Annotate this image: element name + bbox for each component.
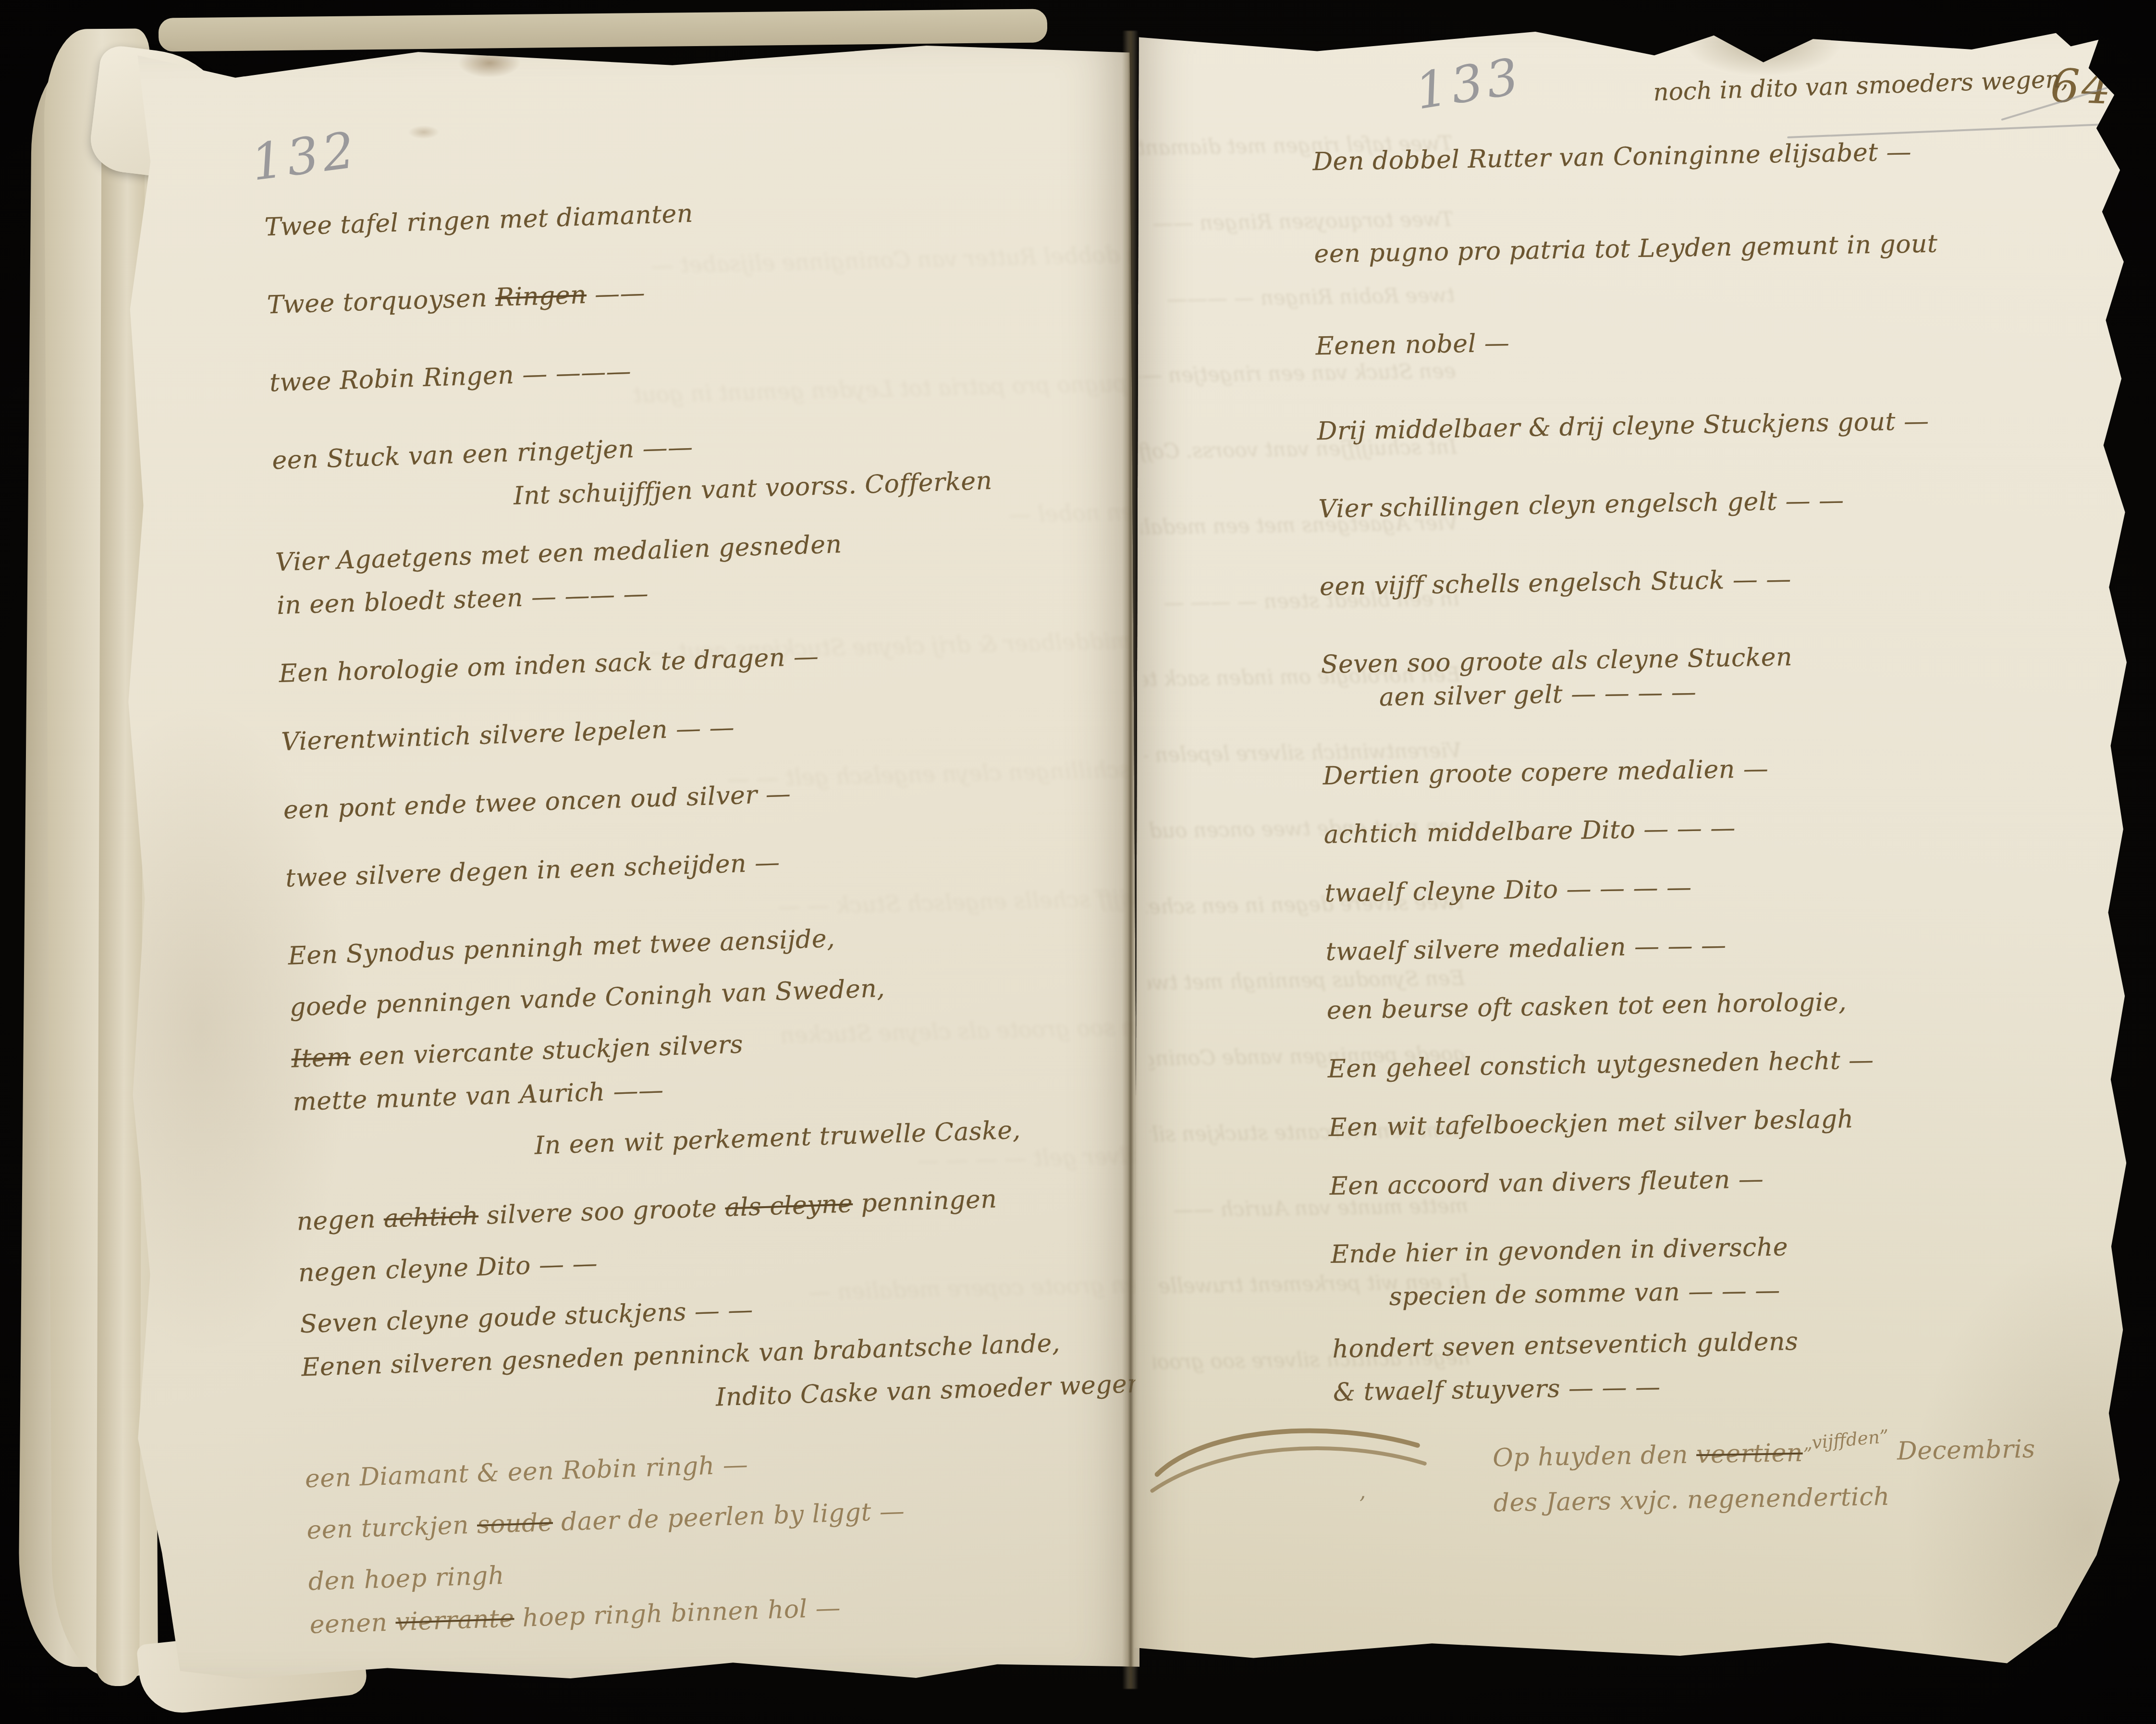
struck-word: soude — [477, 1508, 553, 1540]
manuscript-line: Indito Caske van smoeder wegen — [715, 1369, 1154, 1412]
manuscript-line: Een geheel constich uytgesneden hecht — — [1327, 1041, 2127, 1084]
text-segment: Een geheel constich uytgesneden hecht — — [1327, 1046, 1874, 1084]
text-segment: Indito Caske van smoeder wegen — [715, 1369, 1144, 1412]
manuscript-line: In een wit perkement truwelle Caske, — [534, 1111, 1146, 1161]
inserted-word: „vijffden” — [1801, 1421, 1890, 1458]
manuscript-line: een pugno pro patria tot Leyden gemunt i… — [1314, 226, 2114, 269]
text-segment: een Diamant & een Robin ringh — — [305, 1450, 748, 1493]
manuscript-line: Ende hier in gevonden in diversche — [1331, 1226, 2131, 1270]
ink-mark: ’ — [1359, 1492, 1365, 1517]
manuscript-line: twaelf cleyne Dito — — — — — [1324, 865, 2124, 908]
manuscript-photo: 132 Den dobbel Rutter van Coninginne eli… — [0, 0, 2156, 1724]
struck-word: Ringen — [495, 281, 587, 312]
text-segment: & twaelf stuyvers — — — — [1333, 1373, 1661, 1407]
left-page: 132 Den dobbel Rutter van Coninginne eli… — [113, 41, 1140, 1685]
manuscript-line: twee silvere degen in een scheijden — — [285, 836, 1137, 893]
manuscript-line: twee Robin Ringen — ——— — [269, 341, 1121, 398]
manuscript-line: Vierentwintich silvere lepelen — — — [281, 700, 1132, 757]
manuscript-line: Op huyden den veertien„vijffden” Decembr… — [1493, 1432, 2134, 1475]
manuscript-line: negen achtich silvere soo groote als cle… — [296, 1179, 1148, 1236]
manuscript-line: Dertien groote copere medalien — — [1323, 748, 2122, 791]
text-segment: negen — [296, 1205, 384, 1236]
text-segment: negen cleyne Dito — — — [298, 1249, 598, 1287]
text-segment: in een bloedt steen — —— — — [276, 579, 649, 620]
text-segment: daer de peerlen by liggt — — [552, 1497, 905, 1537]
manuscript-line: Den dobbel Rutter van Coninginne elijsab… — [1312, 134, 2112, 177]
text-segment: Seven cleyne goude stuckjens — — — [300, 1296, 754, 1339]
manuscript-line: Twee tafel ringen met diamanten — [264, 185, 1116, 242]
manuscript-line: een pont ende twee oncen oud silver — — [283, 768, 1135, 825]
text-segment: een pont ende twee oncen oud silver — — [283, 780, 791, 825]
text-segment: twaelf silvere medalien — — — — [1325, 931, 1727, 966]
struck-word: als cleyne — [724, 1189, 853, 1223]
text-segment: den hoep ringh — [308, 1561, 505, 1596]
manuscript-line: des Jaers xvjc. negenendertich — [1493, 1478, 2134, 1518]
text-segment: Int schuijffjen vant voorss. Cofferken — [513, 466, 992, 511]
text-segment: mette munte van Aurich —— — [293, 1076, 664, 1117]
text-segment: —— — [586, 279, 646, 309]
text-segment: een pugno pro patria tot Leyden gemunt i… — [1314, 230, 1938, 269]
right-page-header: noch in dito van smoeders wegen, — [1653, 65, 2069, 106]
text-segment: twaelf cleyne Dito — — — — — [1324, 873, 1692, 908]
text-segment: Drij middelbaer & drij cleyne Stuckjens … — [1317, 407, 1929, 446]
text-segment: Den dobbel Rutter van Coninginne elijsab… — [1312, 138, 1912, 177]
manuscript-line: Eenen nobel — — [1315, 318, 2115, 362]
text-segment: Een wit tafelboeckjen met silver beslagh — [1328, 1105, 1854, 1142]
struck-word: achtich — [383, 1201, 479, 1233]
manuscript-line: Drij middelbaer & drij cleyne Stuckjens … — [1317, 403, 2117, 447]
manuscript-line: een turckjen soude daer de peerlen by li… — [306, 1488, 1158, 1545]
text-segment: Een Synodus penningh met twee aensijde, — [288, 924, 835, 971]
text-segment: Eenen nobel — — [1315, 329, 1509, 361]
manuscript-line: hondert seven entseventich guldens — [1332, 1321, 2132, 1364]
text-segment: In een wit perkement truwelle Caske, — [534, 1116, 1021, 1161]
book-gutter — [1122, 31, 1139, 1689]
manuscript-line: een Diamant & een Robin ringh — — [305, 1437, 1156, 1494]
text-segment: Vier schillingen cleyn engelsch gelt — — — [1318, 486, 1844, 524]
text-segment: des Jaers xvjc. negenendertich — [1493, 1482, 1890, 1518]
right-page: 133 64 noch in dito van smoeders wegen, … — [1134, 25, 2130, 1697]
manuscript-line: goede penningen vande Coningh van Sweden… — [289, 966, 1141, 1023]
manuscript-line: negen cleyne Dito — — — [298, 1231, 1150, 1288]
text-segment: Seven soo groote als cleyne Stucken — [1321, 643, 1792, 679]
text-segment: silvere soo groote — [478, 1194, 725, 1231]
manuscript-line: twaelf silvere medalien — — — — [1325, 924, 2125, 967]
manuscript-line: een vijff schells engelsch Stuck — — — [1320, 559, 2119, 602]
text-segment: hondert seven entseventich guldens — [1332, 1327, 1799, 1364]
text-segment: penningen — [852, 1185, 997, 1218]
text-segment: twee silvere degen in een scheijden — — [285, 848, 781, 893]
text-segment: een turckjen — [306, 1511, 478, 1545]
text-segment: Twee torquoysen — [267, 283, 496, 319]
manuscript-line: Twee torquoysen Ringen —— — [267, 263, 1118, 320]
text-segment: Dertien groote copere medalien — — [1323, 755, 1769, 791]
text-segment: Decembris — [1888, 1435, 2035, 1466]
left-page-pencil-number: 132 — [248, 120, 361, 192]
manuscript-line: Een wit tafelboeckjen met silver beslagh — [1328, 1100, 2128, 1143]
manuscript-line: & twaelf stuyvers — — — — [1333, 1364, 2132, 1407]
struck-word: veertien — [1696, 1439, 1803, 1469]
text-segment: Op huyden den — [1493, 1440, 1697, 1472]
text-segment: Een accoord van divers fleuten — — [1329, 1165, 1764, 1201]
manuscript-line: Int schuijffjen vant voorss. Cofferken — [513, 462, 1125, 511]
text-segment: Vier Agaetgens met een medalien gesneden — [275, 530, 842, 577]
text-segment: een viercante stuckjen silvers — [350, 1030, 744, 1071]
manuscript-line: achtich middelbare Dito — — — — [1323, 807, 2123, 850]
manuscript-line: specien de somme van — — — — [1389, 1270, 2131, 1312]
right-page-pencil-number: 133 — [1411, 47, 1526, 121]
text-segment: hoep ringh binnen hol — — [514, 1593, 841, 1633]
manuscript-line: Een Synodus penningh met twee aensijde, — [288, 914, 1139, 971]
text-segment: Ende hier in gevonden in diversche — [1331, 1233, 1788, 1269]
text-segment: Een horologie om inden sack te dragen — — [279, 642, 819, 688]
text-segment: specien de somme van — — — — [1389, 1276, 1780, 1311]
text-segment: een Stuck van een ringetjen —— — [271, 433, 693, 475]
text-segment: eenen — [309, 1608, 396, 1639]
pen-flourish — [1148, 1413, 1494, 1510]
text-segment: een vijff schells engelsch Stuck — — — [1320, 565, 1792, 601]
right-page-text: Den dobbel Rutter van Coninginne elijsab… — [1312, 134, 2134, 1521]
text-segment: Twee tafel ringen met diamanten — [264, 199, 694, 242]
text-segment: goede penningen vande Coningh van Sweden… — [289, 974, 885, 1022]
text-segment: achtich middelbare Dito — — — — [1323, 814, 1736, 849]
manuscript-line: Vier schillingen cleyn engelsch gelt — — — [1318, 481, 2118, 525]
text-segment: Vierentwintich silvere lepelen — — — [281, 713, 735, 757]
struck-word: vierrante — [395, 1604, 514, 1637]
manuscript-line: Een accoord van divers fleuten — — [1329, 1158, 2129, 1201]
text-segment: aen silver gelt — — — — — [1379, 678, 1696, 712]
manuscript-line: een beurse oft casken tot een horologie, — [1326, 982, 2126, 1026]
left-page-text: Twee tafel ringen met diamantenTwee torq… — [264, 185, 1161, 1640]
struck-word: Item — [291, 1043, 351, 1074]
text-segment: Eenen silveren gesneden penninck van bra… — [301, 1329, 1060, 1382]
manuscript-line: Een horologie om inden sack te dragen — — [279, 632, 1130, 689]
top-sheet-edge — [159, 9, 1048, 51]
text-segment: een beurse oft casken tot een horologie, — [1326, 988, 1847, 1025]
text-segment: twee Robin Ringen — ——— — [269, 357, 632, 397]
